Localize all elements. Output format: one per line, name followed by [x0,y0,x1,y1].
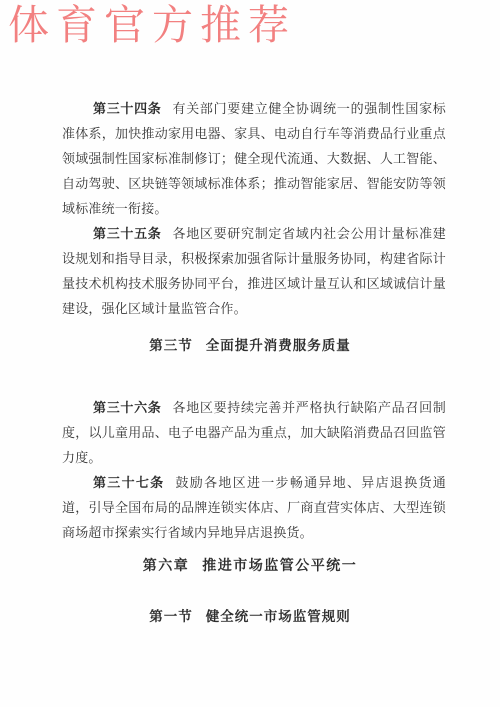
section-1-heading: 第一节健全统一市场监管规则 [0,604,500,629]
watermark-text: 体育官方推荐 [8,2,296,48]
article-36-paragraph: 第三十六条各地区要持续完善并严格执行缺陷产品召回制度，以儿童用品、电子电器产品为… [62,395,446,470]
article-37-paragraph: 第三十七条鼓励各地区进一步畅通异地、异店退换货通道，引导全国布局的品牌连锁实体店… [62,470,446,545]
section-1-heading-label: 第一节 [149,609,193,624]
article-34-paragraph: 第三十四条有关部门要建立健全协调统一的强制性国家标准体系，加快推动家用电器、家具… [62,96,446,221]
section-3-heading: 第三节全面提升消费服务质量 [0,333,500,358]
section-3-heading-title: 全面提升消费服务质量 [206,338,351,353]
article-37-label: 第三十七条 [93,475,164,490]
article-36-label: 第三十六条 [93,400,162,415]
document-page: 体育官方推荐 第三十四条有关部门要建立健全协调统一的强制性国家标准体系，加快推动… [0,0,500,707]
article-34-text: 有关部门要建立健全协调统一的强制性国家标准体系，加快推动家用电器、家具、电动自行… [62,101,446,216]
chapter-6-heading-label: 第六章 [143,559,190,574]
section-1-heading-title: 健全统一市场监管规则 [206,609,351,624]
article-34-label: 第三十四条 [93,101,162,116]
chapter-6-heading-title: 推进市场监管公平统一 [202,559,357,574]
article-35-label: 第三十五条 [93,226,162,241]
section-3-heading-label: 第三节 [149,338,193,353]
article-35-paragraph: 第三十五条各地区要研究制定省域内社会公用计量标准建设规划和指导目录，积极探索加强… [62,221,446,321]
chapter-6-heading: 第六章推进市场监管公平统一 [0,554,500,579]
